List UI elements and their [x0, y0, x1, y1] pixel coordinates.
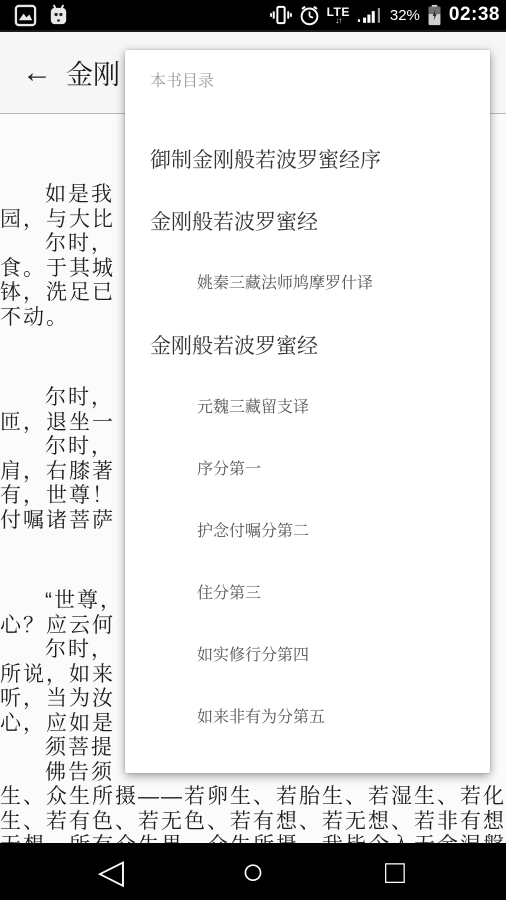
phone-screen: LTE ↓↑ 32% 02:38 ← 金刚 — [0, 0, 506, 900]
back-arrow-button[interactable]: ← — [0, 46, 66, 100]
toc-item[interactable]: 住分第三 — [197, 584, 478, 604]
robot-app-notification-icon — [47, 4, 70, 27]
signal-strength-icon — [357, 6, 383, 24]
nav-back-button[interactable]: ◁ — [81, 843, 141, 900]
alarm-clock-icon — [299, 5, 320, 26]
toc-popup: 本书目录 御制金刚般若波罗蜜经序 金刚般若波罗蜜经 姚秦三藏法师鸠摩罗什译 金刚… — [125, 50, 490, 773]
status-bar: LTE ↓↑ 32% 02:38 — [0, 0, 506, 32]
book-title: 金刚 — [66, 53, 120, 92]
reader-text-line: 生、众生所摄——若卵生、若胎生、若湿生、若化 — [0, 785, 506, 810]
lte-icon: LTE ↓↑ — [327, 6, 350, 25]
nav-recents-button[interactable]: □ — [365, 843, 425, 900]
toc-item[interactable]: 如实修行分第四 — [197, 646, 478, 666]
toc-item[interactable]: 姚秦三藏法师鸠摩罗什译 — [197, 274, 478, 294]
toc-item[interactable]: 护念付嘱分第二 — [197, 522, 478, 542]
toc-item[interactable]: 金刚般若波罗蜜经 — [150, 336, 478, 358]
toc-item[interactable]: 金刚般若波罗蜜经 — [150, 212, 478, 234]
battery-icon — [427, 4, 442, 26]
toc-popup-title: 本书目录 — [150, 72, 478, 92]
battery-percent-label: 32% — [390, 7, 420, 24]
toc-item[interactable]: 如来非有为分第五 — [197, 708, 478, 728]
lte-updown-arrows: ↓↑ — [335, 17, 341, 25]
status-bar-notifications — [14, 4, 70, 27]
toc-item-list: 御制金刚般若波罗蜜经序 金刚般若波罗蜜经 姚秦三藏法师鸠摩罗什译 金刚般若波罗蜜… — [150, 150, 478, 728]
toc-item[interactable]: 元魏三藏留支译 — [197, 398, 478, 418]
screenshot-notification-icon — [14, 4, 37, 27]
android-nav-bar: ◁ ○ □ — [0, 843, 506, 900]
nav-home-button[interactable]: ○ — [223, 843, 283, 900]
reader-text-line: 生、若有色、若无色、若有想、若无想、若非有想非 — [0, 810, 506, 835]
status-time: 02:38 — [449, 4, 500, 26]
toc-item[interactable]: 御制金刚般若波罗蜜经序 — [150, 150, 478, 172]
vibrate-icon — [270, 5, 292, 25]
toc-item[interactable]: 序分第一 — [197, 460, 478, 480]
status-bar-system-icons: LTE ↓↑ 32% 02:38 — [270, 4, 500, 26]
